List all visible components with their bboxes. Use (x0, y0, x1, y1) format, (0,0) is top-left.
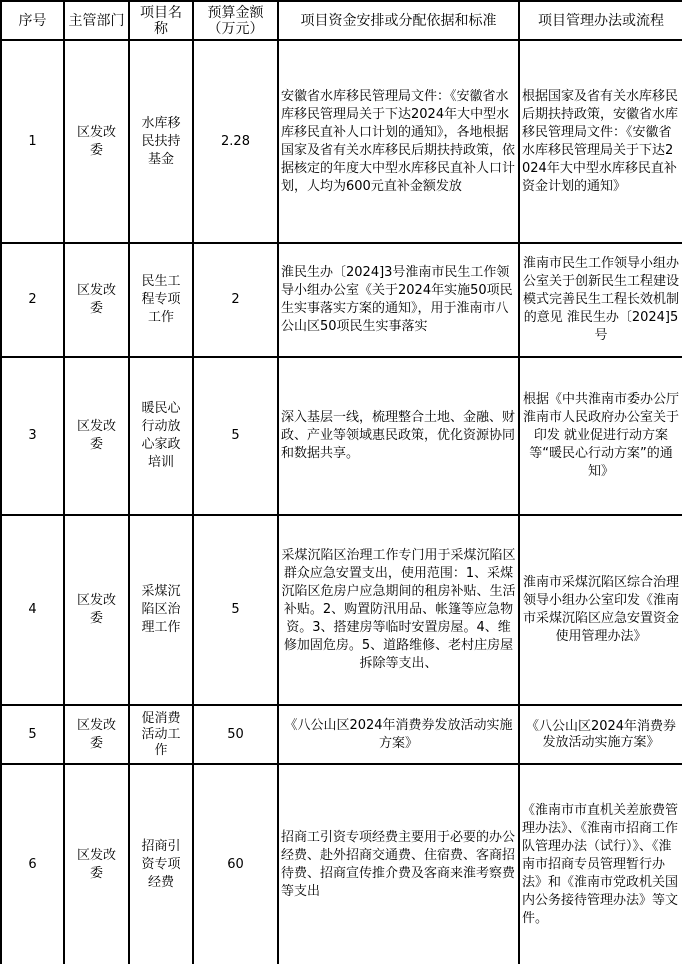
cell-project: 促消费活动工作 (129, 705, 193, 764)
cell-index: 4 (1, 515, 64, 705)
cell-index: 3 (1, 357, 64, 515)
cell-department: 区发改委 (64, 40, 129, 243)
cell-management: 根据国家及省有关水库移民后期扶持政策，安徽省水库移民管理局文件：《安徽省水库移民… (519, 40, 682, 243)
table-row: 4 区发改委 采煤沉陷区治理工作 5 采煤沉陷区治理工作专门用于采煤沉陷区群众应… (1, 515, 682, 705)
cell-budget: 5 (193, 357, 278, 515)
header-budget-line1: 预算金额 (196, 5, 275, 21)
cell-project: 暖民心行动放心家政培训 (129, 357, 193, 515)
cell-basis: 深入基层一线，梳理整合土地、金融、财政、产业等领域惠民政策，优化资源协同和数据共… (278, 357, 519, 515)
header-budget-line2: （万元） (196, 21, 275, 37)
cell-project: 水库移民扶持基金 (129, 40, 193, 243)
table-row: 6 区发改委 招商引资专项经费 60 招商工引资专项经费主要用于必要的办公经费、… (1, 764, 682, 964)
cell-department: 区发改委 (64, 764, 129, 964)
header-basis: 项目资金安排或分配依据和标准 (278, 1, 519, 40)
cell-budget: 60 (193, 764, 278, 964)
cell-management: 根据《中共淮南市委办公厅 淮南市人民政府办公室关于印发 就业促进行动方案 等“暖… (519, 357, 682, 515)
cell-department: 区发改委 (64, 705, 129, 764)
budget-table: 序号 主管部门 项目名称 预算金额 （万元） 项目资金安排或分配依据和标准 项目… (0, 0, 682, 964)
cell-budget: 5 (193, 515, 278, 705)
header-index: 序号 (1, 1, 64, 40)
cell-index: 5 (1, 705, 64, 764)
cell-management: 《八公山区2024年消费券发放活动实施方案》 (519, 705, 682, 764)
cell-project: 民生工程专项工作 (129, 243, 193, 357)
table-row: 2 区发改委 民生工程专项工作 2 淮民生办〔2024]3号淮南市民生工作领导小… (1, 243, 682, 357)
cell-budget: 2.28 (193, 40, 278, 243)
header-department: 主管部门 (64, 1, 129, 40)
cell-budget: 50 (193, 705, 278, 764)
cell-project: 招商引资专项经费 (129, 764, 193, 964)
table-row: 3 区发改委 暖民心行动放心家政培训 5 深入基层一线，梳理整合土地、金融、财政… (1, 357, 682, 515)
cell-basis: 淮民生办〔2024]3号淮南市民生工作领导小组办公室《关于2024年实施50项民… (278, 243, 519, 357)
cell-project: 采煤沉陷区治理工作 (129, 515, 193, 705)
cell-budget: 2 (193, 243, 278, 357)
cell-index: 2 (1, 243, 64, 357)
header-budget: 预算金额 （万元） (193, 1, 278, 40)
cell-basis: 《八公山区2024年消费券发放活动实施方案》 (278, 705, 519, 764)
cell-department: 区发改委 (64, 357, 129, 515)
cell-basis: 采煤沉陷区治理工作专门用于采煤沉陷区群众应急安置支出，使用范围：1、采煤沉陷区危… (278, 515, 519, 705)
cell-department: 区发改委 (64, 243, 129, 357)
cell-basis: 招商工引资专项经费主要用于必要的办公经费、赴外招商交通费、住宿费、客商招待费、招… (278, 764, 519, 964)
cell-index: 6 (1, 764, 64, 964)
cell-basis: 安徽省水库移民管理局文件：《安徽省水库移民管理局关于下达2024年大中型水库移民… (278, 40, 519, 243)
header-row: 序号 主管部门 项目名称 预算金额 （万元） 项目资金安排或分配依据和标准 项目… (1, 1, 682, 40)
table-row: 1 区发改委 水库移民扶持基金 2.28 安徽省水库移民管理局文件：《安徽省水库… (1, 40, 682, 243)
header-project: 项目名称 (129, 1, 193, 40)
table-row: 5 区发改委 促消费活动工作 50 《八公山区2024年消费券发放活动实施方案》… (1, 705, 682, 764)
cell-management: 《淮南市市直机关差旅费管理办法》、《淮南市招商工作队管理办法（试行）》、《淮南市… (519, 764, 682, 964)
cell-index: 1 (1, 40, 64, 243)
cell-department: 区发改委 (64, 515, 129, 705)
header-management: 项目管理办法或流程 (519, 1, 682, 40)
cell-management: 淮南市民生工作领导小组办公室关于创新民生工程建设模式完善民生工程长效机制的意见 … (519, 243, 682, 357)
cell-management: 淮南市采煤沉陷区综合治理领导小组办公室印发《淮南市采煤沉陷区应急安置资金使用管理… (519, 515, 682, 705)
